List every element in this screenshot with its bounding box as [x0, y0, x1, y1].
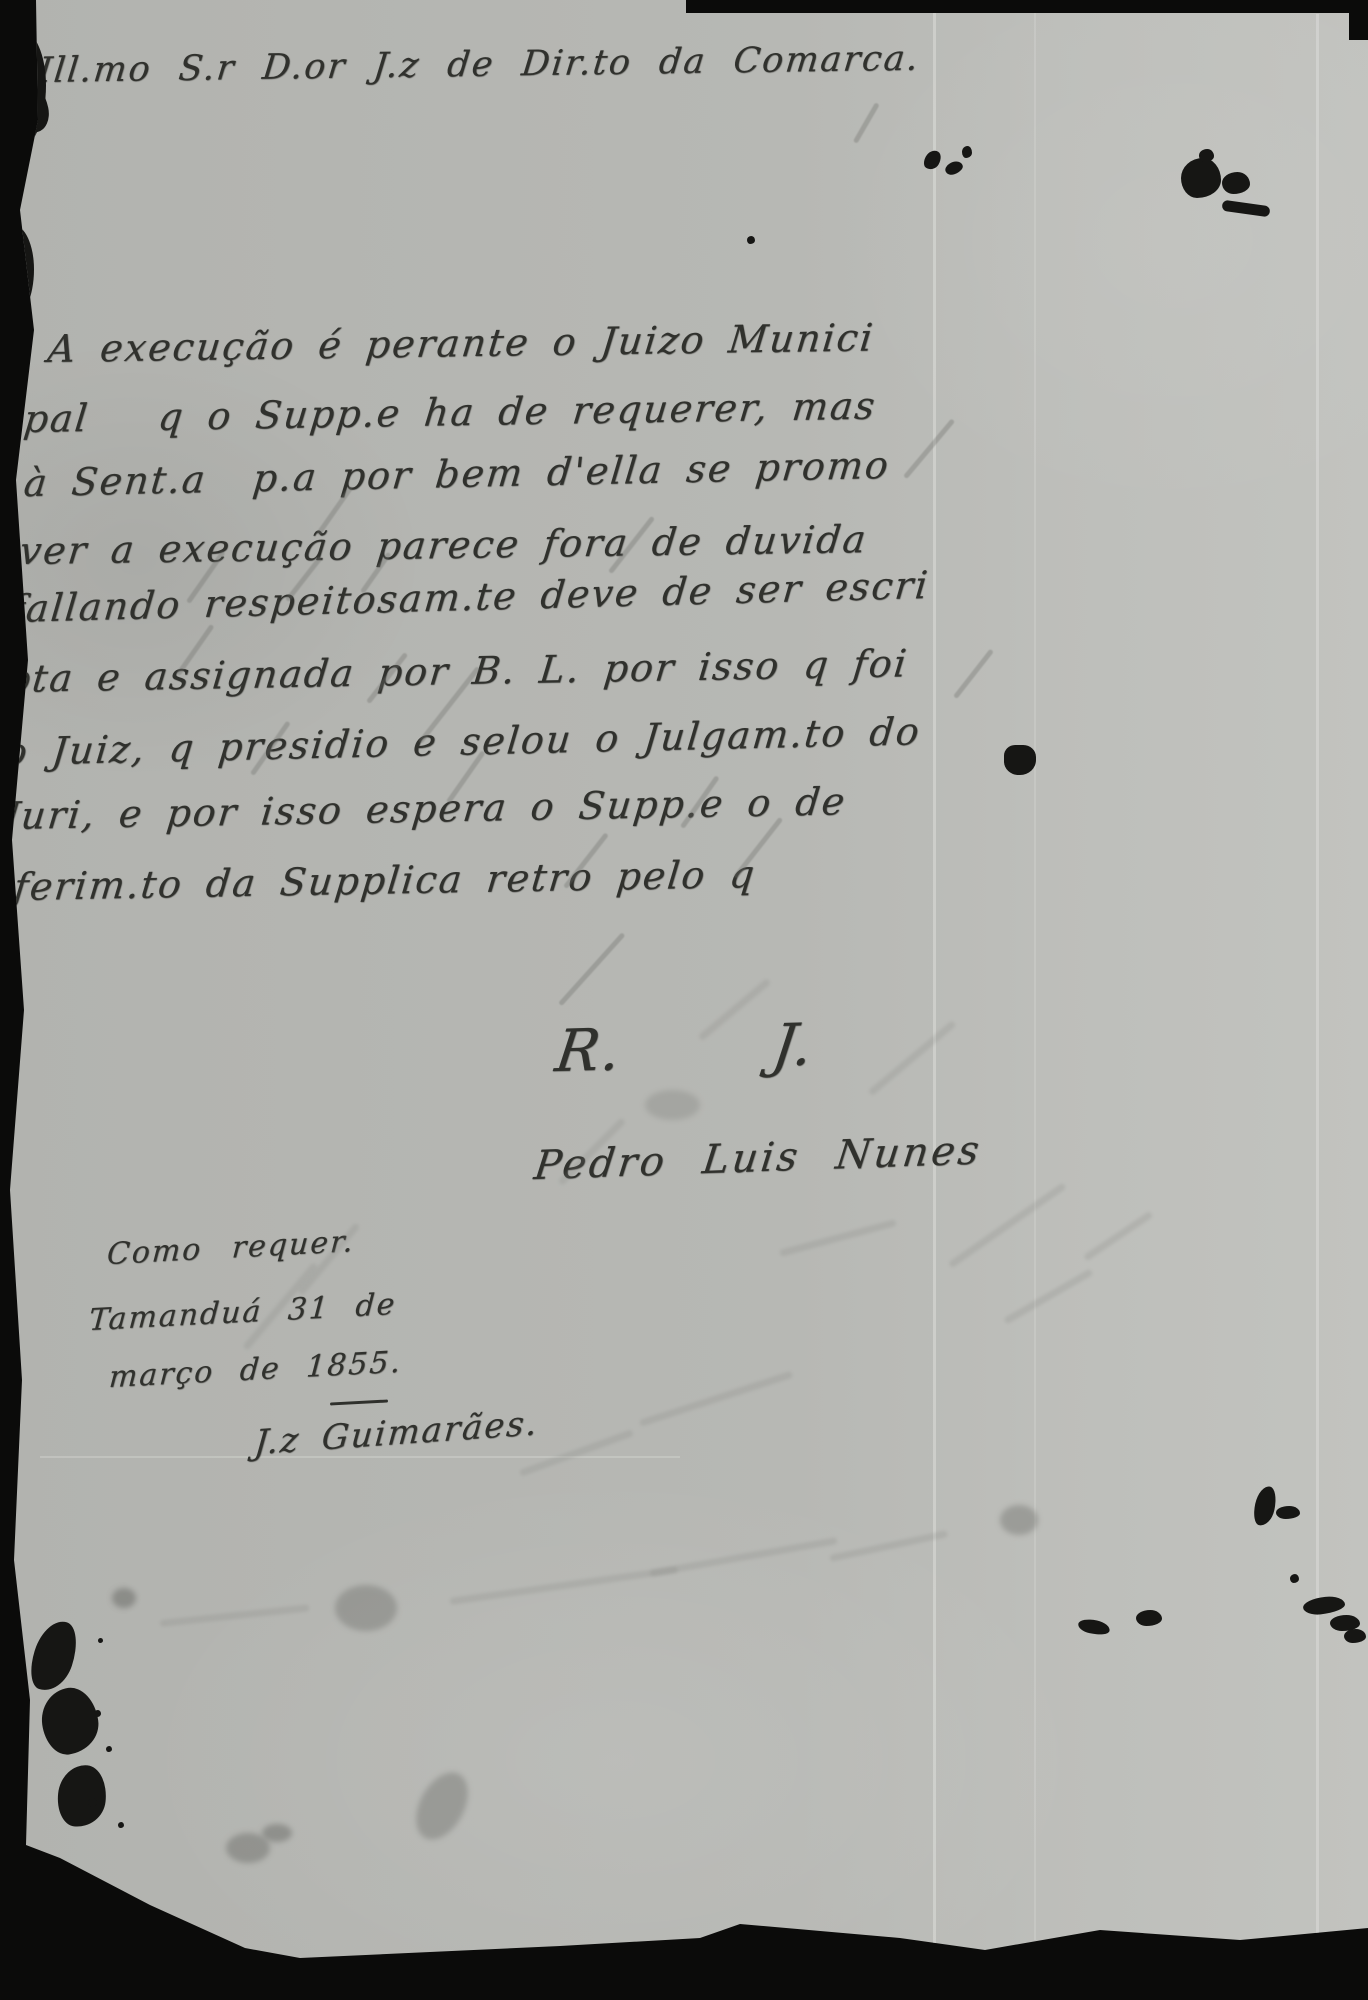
ink-blot [962, 146, 972, 158]
ink-blot [1136, 1610, 1162, 1626]
ghost-writing-stroke [1083, 1211, 1153, 1262]
scanned-manuscript: Ill.mo S.r D.or J.z de Dir.to da Comarca… [0, 0, 1368, 2000]
ink-smudge [112, 1588, 136, 1608]
ink-underline-1855 [330, 1399, 388, 1405]
body-line: o Juiz, q presidio e selou o Julgam.to d… [2, 712, 923, 771]
ink-smudge [262, 1824, 292, 1842]
body-line: pal q o Supp.e ha de requerer, mas [22, 387, 879, 438]
ink-smudge [645, 1090, 700, 1120]
ink-blot [1344, 1629, 1366, 1643]
pencil-stroke [733, 817, 783, 879]
ghost-writing-stroke [160, 1604, 310, 1627]
ghost-writing-stroke [639, 1371, 793, 1427]
ink-dot [1290, 1574, 1299, 1583]
ink-blot [55, 1763, 109, 1830]
ink-blot [921, 148, 944, 173]
body-line: ferim.to da Supplica retro pelo q [12, 855, 758, 906]
ink-blot [1181, 158, 1221, 198]
ghost-writing-stroke [948, 1182, 1067, 1268]
ink-blot [1222, 172, 1250, 194]
ink-blot [1251, 1484, 1279, 1527]
ghost-writing-stroke [649, 1537, 837, 1577]
body-line: fallando respeitosam.te deve de ser escr… [8, 566, 931, 628]
fold-crease [933, 0, 936, 1990]
ink-smudge [406, 1764, 479, 1848]
pencil-stroke [953, 649, 994, 699]
body-line: à Sent.a p.a por bem d'ella se promo [22, 446, 892, 502]
ink-blot [24, 1616, 84, 1697]
ink-blot [1302, 1595, 1346, 1616]
respect-formula: R. J. [552, 1015, 818, 1080]
ghost-writing-stroke [829, 1530, 948, 1562]
fold-crease [1316, 14, 1319, 1954]
ink-dot [106, 1746, 112, 1752]
body-line: A execução é perante o Juizo Munici [46, 318, 876, 368]
body-line: ver a execução parece fora de duvida [18, 520, 870, 570]
ink-dot [118, 1822, 124, 1828]
salutation-line: Ill.mo S.r D.or J.z de Dir.to da Comarca… [36, 42, 921, 89]
body-line: Juri, e por isso espera o Supp.e o de [2, 782, 848, 835]
despacho-date: março de 1855. [108, 1348, 403, 1394]
ghost-writing-stroke [450, 1566, 679, 1605]
ink-smudge [1000, 1505, 1038, 1535]
despacho-place-date: Tamanduá 31 de [88, 1290, 398, 1336]
ink-blot [0, 30, 46, 150]
ink-mark [1004, 745, 1036, 775]
pencil-stroke [903, 418, 955, 479]
ink-dot [747, 236, 755, 244]
ink-smudge [335, 1585, 397, 1631]
despacho-decision: Como requer. [106, 1227, 356, 1270]
judge-signature: J.z Guimarães. [253, 1406, 540, 1460]
pencil-stroke [853, 102, 880, 143]
ink-blot [38, 1684, 103, 1757]
fold-crease [40, 1456, 680, 1458]
ink-blot [1276, 1506, 1300, 1519]
ink-blot [0, 225, 34, 320]
ink-dash [1221, 200, 1270, 218]
fold-crease [1034, 10, 1036, 1940]
document-page: Ill.mo S.r D.or J.z de Dir.to da Comarca… [0, 0, 1368, 2000]
ghost-writing-stroke [868, 1020, 957, 1096]
ink-blot [1077, 1617, 1111, 1637]
ink-dot [94, 1710, 101, 1717]
ink-dot [98, 1638, 103, 1643]
pencil-stroke [558, 932, 625, 1006]
ghost-writing-stroke [779, 1219, 897, 1257]
ink-blot [943, 159, 964, 176]
ghost-writing-stroke [1003, 1268, 1093, 1324]
